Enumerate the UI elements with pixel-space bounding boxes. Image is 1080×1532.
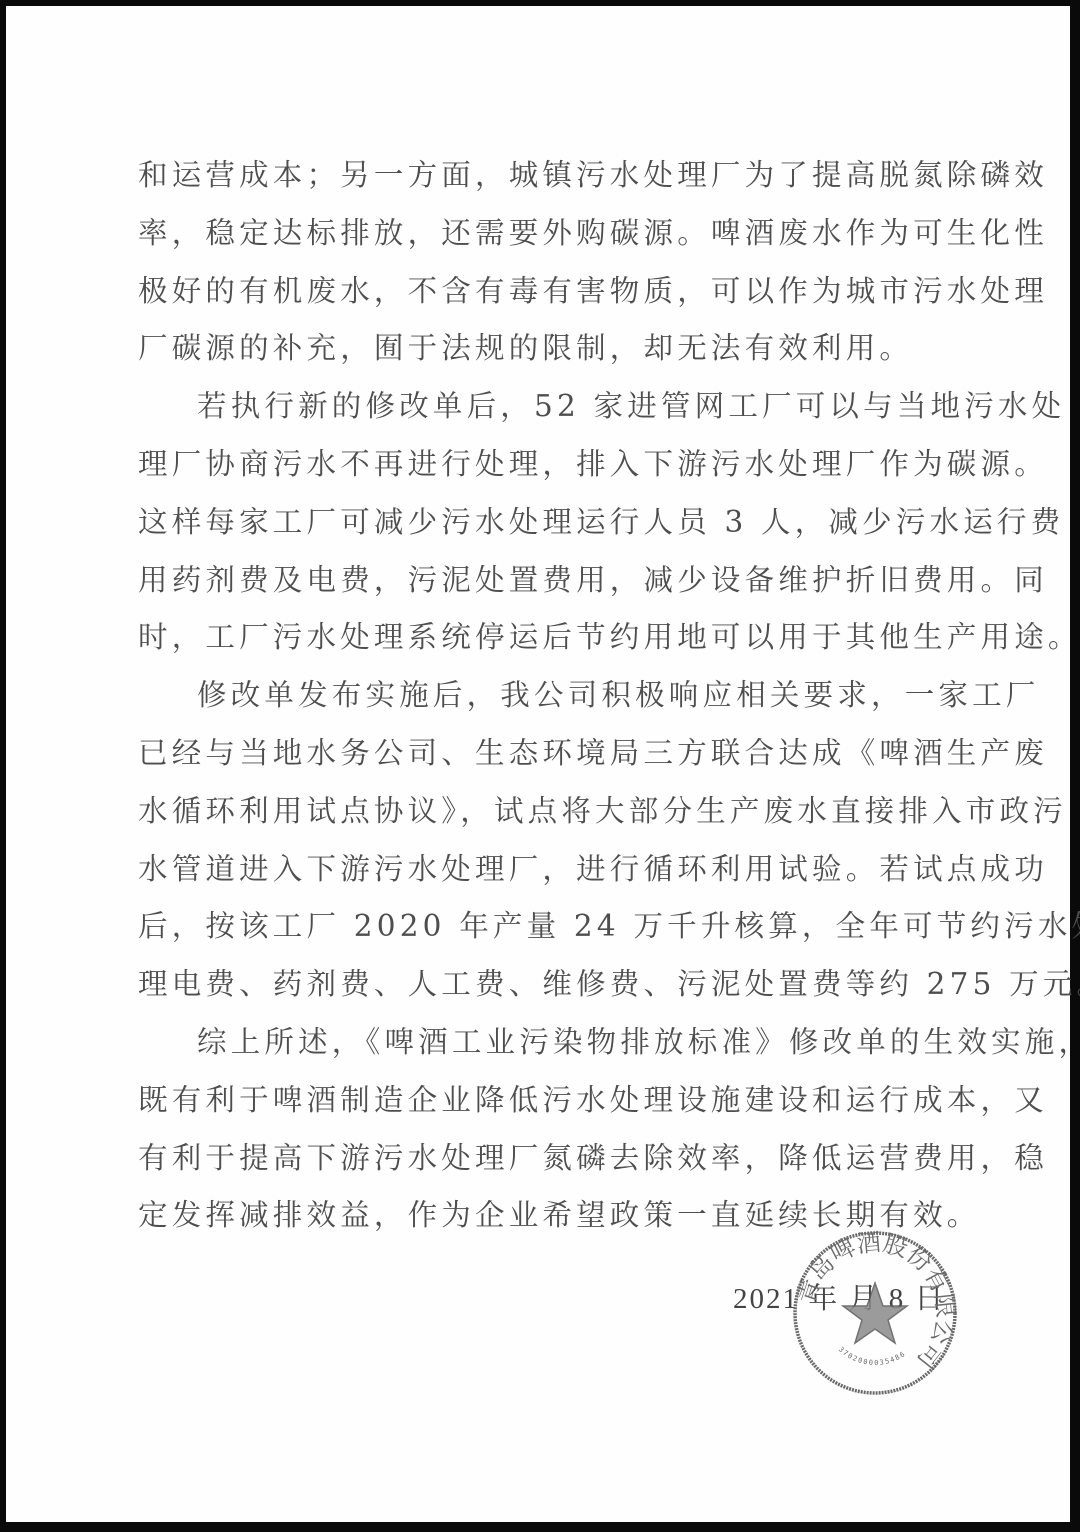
company-seal-icon: 青岛啤酒股份有限公司 3702000035486 (790, 1228, 960, 1398)
text-line: 用药剂费及电费，污泥处置费用，减少设备维护折旧费用。同 (138, 552, 944, 610)
text-line: 理电费、药剂费、人工费、维修费、污泥处置费等约 275 万元。 (138, 956, 944, 1014)
text-line: 既有利于啤酒制造企业降低污水处理设施建设和运行成本，又 (138, 1072, 944, 1130)
text-line: 理厂协商污水不再进行处理，排入下游污水处理厂作为碳源。 (138, 436, 944, 494)
text-line: 修改单发布实施后，我公司积极响应相关要求，一家工厂 (138, 667, 944, 725)
paragraph-3: 修改单发布实施后，我公司积极响应相关要求，一家工厂 已经与当地水务公司、生态环境… (138, 667, 944, 1014)
document-body: 和运营成本；另一方面，城镇污水处理厂为了提高脱氮除磷效 率，稳定达标排放，还需要… (138, 147, 944, 1245)
paragraph-1: 和运营成本；另一方面，城镇污水处理厂为了提高脱氮除磷效 率，稳定达标排放，还需要… (138, 147, 944, 378)
text-line: 厂碳源的补充，囿于法规的限制，却无法有效利用。 (138, 320, 944, 378)
paragraph-2: 若执行新的修改单后，52 家进管网工厂可以与当地污水处 理厂协商污水不再进行处理… (138, 378, 944, 667)
text-line: 这样每家工厂可减少污水处理运行人员 3 人，减少污水运行费 (138, 494, 944, 552)
text-line: 时，工厂污水处理系统停运后节约用地可以用于其他生产用途。 (138, 609, 944, 667)
text-line: 若执行新的修改单后，52 家进管网工厂可以与当地污水处 (138, 378, 944, 436)
text-line: 已经与当地水务公司、生态环境局三方联合达成《啤酒生产废 (138, 725, 944, 783)
star-icon (843, 1283, 907, 1343)
text-line: 水管道进入下游污水处理厂，进行循环利用试验。若试点成功 (138, 841, 944, 899)
text-line: 后，按该工厂 2020 年产量 24 万千升核算，全年可节约污水处 (138, 898, 944, 956)
text-line: 极好的有机废水，不含有毒有害物质，可以作为城市污水处理 (138, 263, 944, 321)
svg-text:3702000035486: 3702000035486 (837, 1345, 908, 1367)
paragraph-4: 综上所述，《啤酒工业污染物排放标准》修改单的生效实施， 既有利于啤酒制造企业降低… (138, 1014, 944, 1245)
text-line: 综上所述，《啤酒工业污染物排放标准》修改单的生效实施， (138, 1014, 944, 1072)
text-line: 水循环利用试点协议》，试点将大部分生产废水直接排入市政污 (138, 783, 944, 841)
text-line: 有利于提高下游污水处理厂氮磷去除效率，降低运营费用，稳 (138, 1130, 944, 1188)
text-line: 和运营成本；另一方面，城镇污水处理厂为了提高脱氮除磷效 (138, 147, 944, 205)
text-line: 率，稳定达标排放，还需要外购碳源。啤酒废水作为可生化性 (138, 205, 944, 263)
